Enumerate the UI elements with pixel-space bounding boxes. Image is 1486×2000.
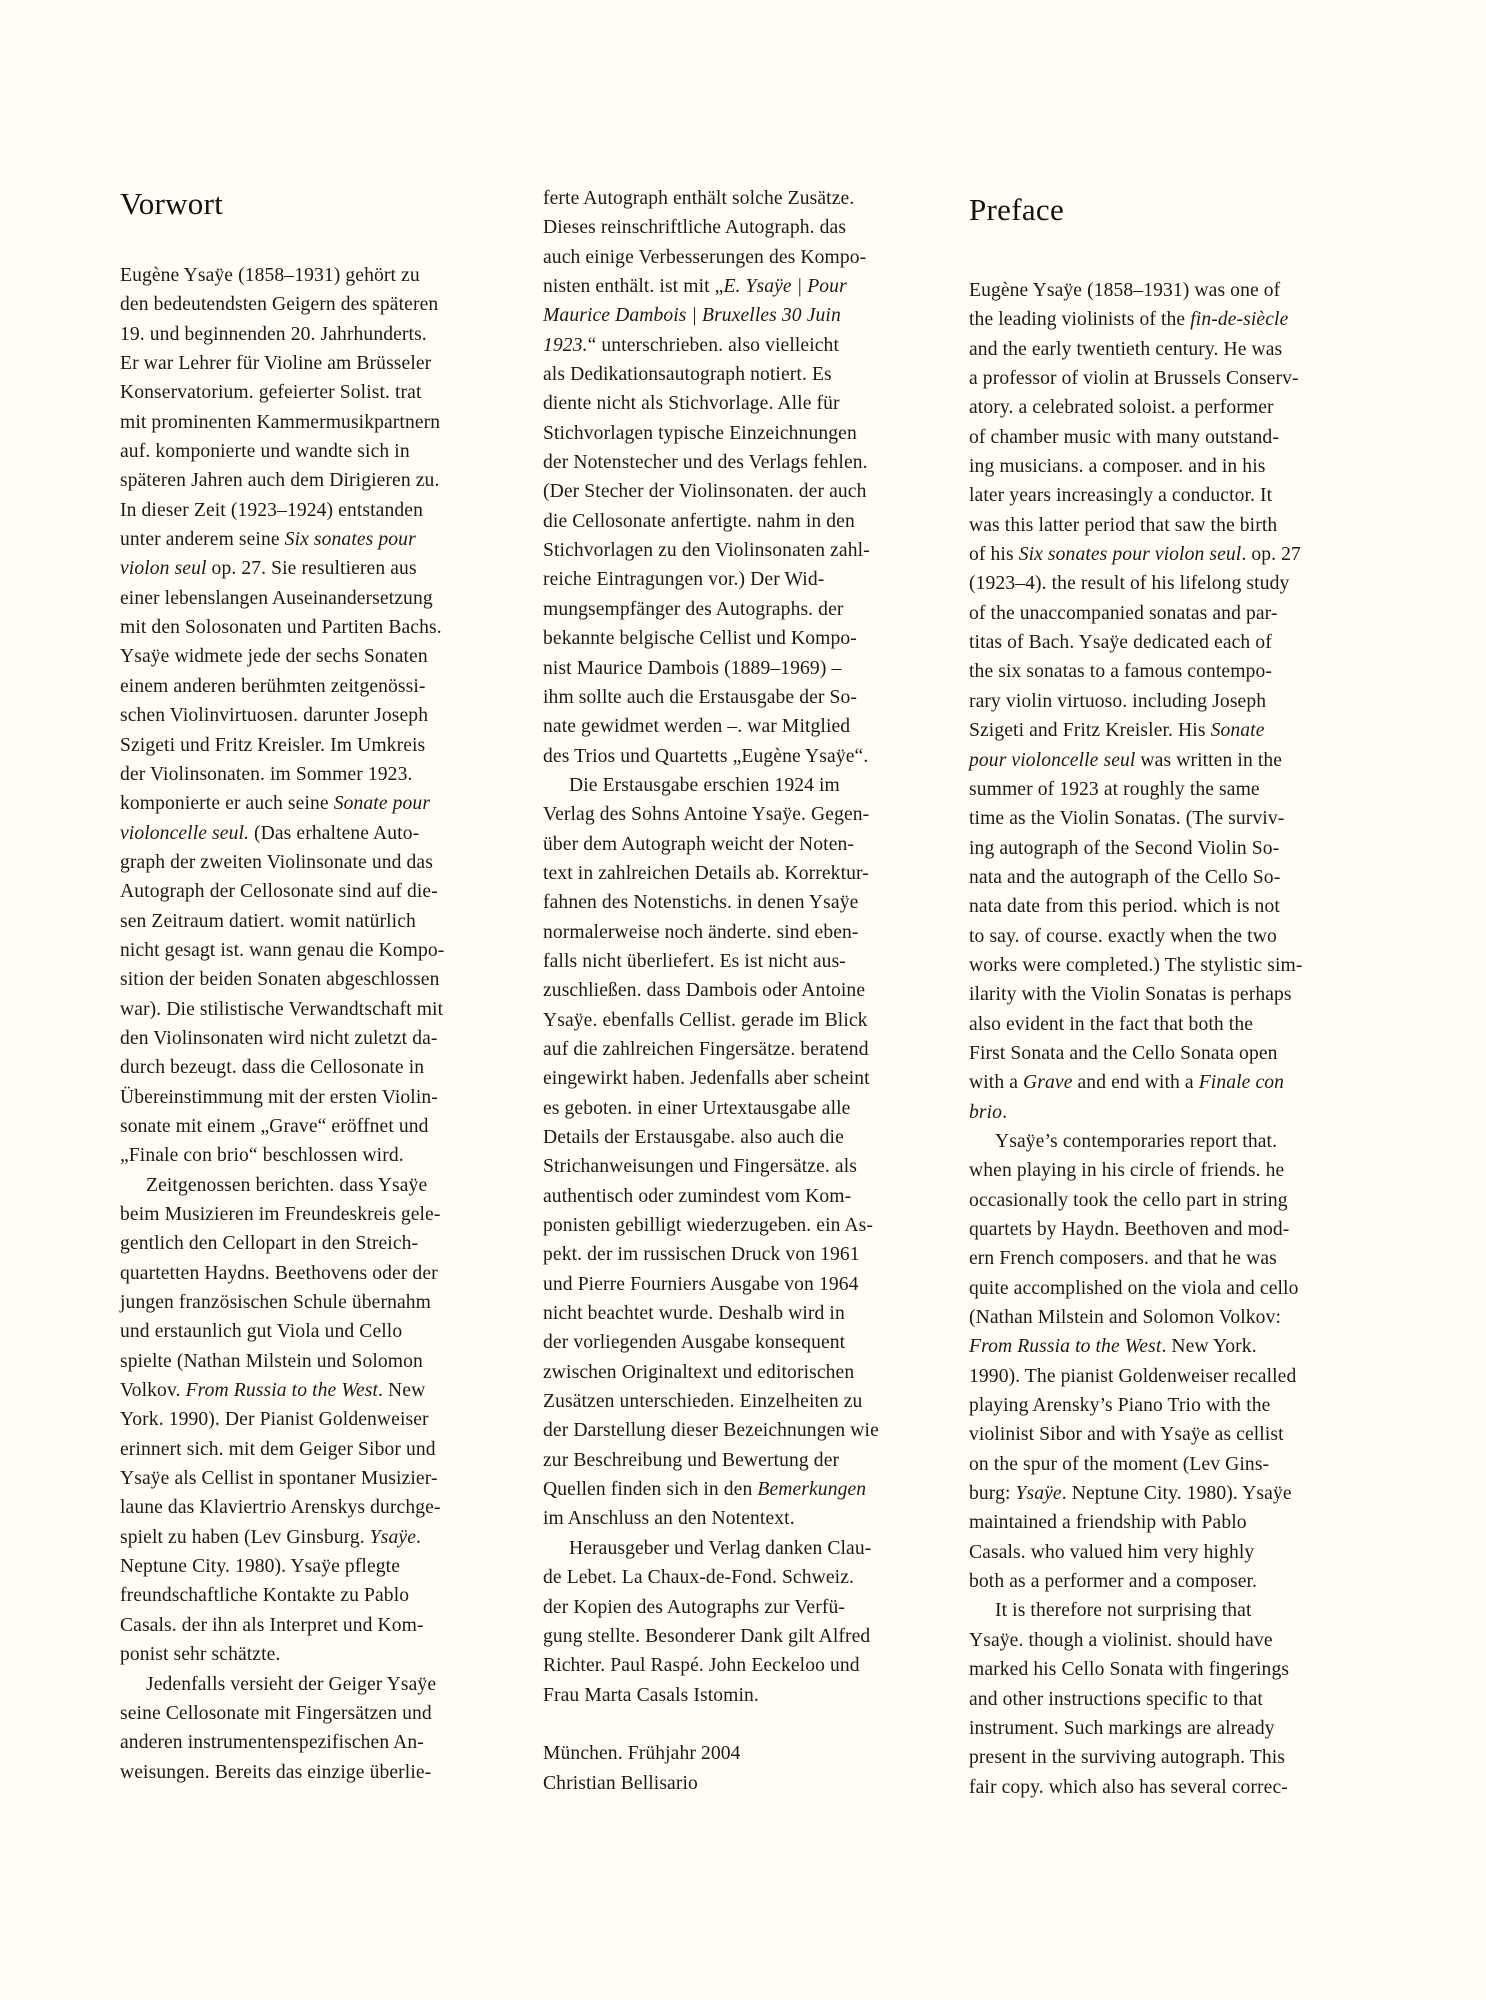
text-line: Szigeti and Fritz Kreisler. His Sonate [969, 716, 1303, 745]
text-line: playing Arensky’s Piano Trio with the [969, 1391, 1303, 1420]
text-line: sen Zeitraum datiert. womit natürlich [120, 907, 444, 936]
italic-title: brio [969, 1102, 1002, 1123]
text-line: Richter. Paul Raspé. John Eeckeloo und [543, 1651, 879, 1680]
text-line: der Kopien des Autographs zur Verfü- [543, 1593, 879, 1622]
text-line: eingewirkt haben. Jedenfalls aber schein… [543, 1064, 879, 1093]
text-line: als Dedikationsautograph notiert. Es [543, 360, 879, 389]
text-line: quite accomplished on the viola and cell… [969, 1274, 1303, 1303]
text-line [543, 1710, 879, 1739]
text-line: normalerweise noch änderte. sind eben- [543, 918, 879, 947]
text-line: nist Maurice Dambois (1889–1969) – [543, 654, 879, 683]
text-line: Eugène Ysaÿe (1858–1931) was one of [969, 276, 1303, 305]
text-line: unter anderem seine Six sonates pour [120, 525, 444, 554]
german-body-part-2: ferte Autograph enthält solche Zusätze.D… [543, 184, 879, 1798]
text-line: Maurice Dambois | Bruxelles 30 Juin [543, 301, 879, 330]
text-line: violoncelle seul. (Das erhaltene Auto- [120, 819, 444, 848]
text-line: In dieser Zeit (1923–1924) entstanden [120, 496, 444, 525]
text-line: summer of 1923 at roughly the same [969, 775, 1303, 804]
text-line: Ysaÿe. ebenfalls Cellist. gerade im Blic… [543, 1006, 879, 1035]
text-line: pekt. der im russischen Druck von 1961 [543, 1240, 879, 1269]
text-line: Christian Bellisario [543, 1769, 879, 1798]
italic-title: pour violoncelle seul [969, 750, 1135, 771]
text-line: instrument. Such markings are already [969, 1714, 1303, 1743]
text-line: späteren Jahren auch dem Dirigieren zu. [120, 466, 444, 495]
text-line: nicht beachtet wurde. Deshalb wird in [543, 1299, 879, 1328]
text-line: 1923.“ unterschrieben. also vielleicht [543, 331, 879, 360]
text-line: on the spur of the moment (Lev Gins- [969, 1450, 1303, 1479]
text-line: authentisch oder zumindest vom Kom- [543, 1182, 879, 1211]
text-line: Stichvorlagen typische Einzeichnungen [543, 419, 879, 448]
italic-title: E. Ysaÿe | Pour [723, 276, 846, 297]
german-body-part-1: Eugène Ysaÿe (1858–1931) gehört zuden be… [120, 261, 444, 1787]
text-line: einem anderen berühmten zeitgenössi- [120, 672, 444, 701]
text-line: pour violoncelle seul was written in the [969, 746, 1303, 775]
text-line: freundschaftliche Kontakte zu Pablo [120, 1581, 444, 1610]
text-line: the six sonatas to a famous contempo- [969, 657, 1303, 686]
text-line: weisungen. Bereits das einzige überlie- [120, 1758, 444, 1787]
text-line: text in zahlreichen Details ab. Korrektu… [543, 859, 879, 888]
text-line: of the unaccompanied sonatas and par- [969, 599, 1303, 628]
german-title: Vorwort [120, 186, 223, 222]
text-line: (Nathan Milstein and Solomon Volkov: [969, 1303, 1303, 1332]
text-line: quartets by Haydn. Beethoven and mod- [969, 1215, 1303, 1244]
italic-title: Sonate pour [334, 793, 430, 814]
text-line: of chamber music with many outstand- [969, 423, 1303, 452]
text-line: ihm sollte auch die Erstausgabe der So- [543, 683, 879, 712]
text-line: violon seul op. 27. Sie resultieren aus [120, 554, 444, 583]
text-line: Casals. who valued him very highly [969, 1538, 1303, 1567]
text-line: Frau Marta Casals Istomin. [543, 1681, 879, 1710]
text-line: es geboten. in einer Urtextausgabe alle [543, 1094, 879, 1123]
text-line: nata date from this period. which is not [969, 892, 1303, 921]
text-line: burg: Ysaÿe. Neptune City. 1980). Ysaÿe [969, 1479, 1303, 1508]
text-line: ern French composers. and that he was [969, 1244, 1303, 1273]
text-line: when playing in his circle of friends. h… [969, 1156, 1303, 1185]
text-line: 19. und beginnenden 20. Jahrhunderts. [120, 320, 444, 349]
text-line: zuschließen. dass Dambois oder Antoine [543, 976, 879, 1005]
text-line: a professor of violin at Brussels Conser… [969, 364, 1303, 393]
text-line: durch bezeugt. dass die Cellosonate in [120, 1053, 444, 1082]
text-line: violinist Sibor and with Ysaÿe as cellis… [969, 1420, 1303, 1449]
text-line: time as the Violin Sonatas. (The surviv- [969, 804, 1303, 833]
italic-title: From Russia to the West [186, 1380, 378, 1401]
text-line: Quellen finden sich in den Bemerkungen [543, 1475, 879, 1504]
text-line: Casals. der ihn als Interpret und Kom- [120, 1611, 444, 1640]
text-line: Dieses reinschriftliche Autograph. das [543, 213, 879, 242]
text-line: quartetten Haydns. Beethovens oder der [120, 1259, 444, 1288]
text-line: both as a performer and a composer. [969, 1567, 1303, 1596]
text-line: Neptune City. 1980). Ysaÿe pflegte [120, 1552, 444, 1581]
text-line: gentlich den Cellopart in den Streich- [120, 1229, 444, 1258]
text-line: maintained a friendship with Pablo [969, 1508, 1303, 1537]
text-line: works were completed.) The stylistic sim… [969, 951, 1303, 980]
text-line: York. 1990). Der Pianist Goldenweiser [120, 1405, 444, 1434]
text-line: sonate mit einem „Grave“ eröffnet und [120, 1112, 444, 1141]
text-line: 1990). The pianist Goldenweiser recalled [969, 1362, 1303, 1391]
text-line: laune das Klaviertrio Arenskys durchge- [120, 1493, 444, 1522]
text-line: Ysaÿe’s contemporaries report that. [969, 1127, 1303, 1156]
italic-title: Six sonates pour [285, 529, 416, 550]
text-line: der Notenstecher und des Verlags fehlen. [543, 448, 879, 477]
text-line: war). Die stilistische Verwandtschaft mi… [120, 995, 444, 1024]
text-line: einer lebenslangen Auseinandersetzung [120, 584, 444, 613]
text-line: Ysaÿe. though a violinist. should have [969, 1626, 1303, 1655]
text-line: de Lebet. La Chaux-de-Fond. Schweiz. [543, 1563, 879, 1592]
text-line: des Trios und Quartetts „Eugène Ysaÿe“. [543, 742, 879, 771]
text-line: sition der beiden Sonaten abgeschlossen [120, 965, 444, 994]
text-line: schen Violinvirtuosen. darunter Joseph [120, 701, 444, 730]
text-line: und Pierre Fourniers Ausgabe von 1964 [543, 1270, 879, 1299]
text-line: Herausgeber und Verlag danken Clau- [543, 1534, 879, 1563]
text-line: Stichvorlagen zu den Violinsonaten zahl- [543, 536, 879, 565]
italic-title: Maurice Dambois | Bruxelles 30 Juin [543, 305, 841, 326]
text-line: From Russia to the West. New York. [969, 1332, 1303, 1361]
italic-title: Finale con [1199, 1072, 1284, 1093]
text-line: Autograph der Cellosonate sind auf die- [120, 877, 444, 906]
text-line: reiche Eintragungen vor.) Der Wid- [543, 565, 879, 594]
text-line: nisten enthält. ist mit „E. Ysaÿe | Pour [543, 272, 879, 301]
text-line: nicht gesagt ist. wann genau die Kompo- [120, 936, 444, 965]
italic-title: violoncelle seul. [120, 823, 249, 844]
text-line: Ysaÿe widmete jede der sechs Sonaten [120, 642, 444, 671]
text-line: seine Cellosonate mit Fingersätzen und [120, 1699, 444, 1728]
text-line: also evident in the fact that both the [969, 1010, 1303, 1039]
text-line: jungen französischen Schule übernahm [120, 1288, 444, 1317]
text-line: nate gewidmet werden –. war Mitglied [543, 712, 879, 741]
text-line: Szigeti und Fritz Kreisler. Im Umkreis [120, 731, 444, 760]
text-line: Verlag des Sohns Antoine Ysaÿe. Gegen- [543, 800, 879, 829]
text-line: Zusätzen unterschieden. Einzelheiten zu [543, 1387, 879, 1416]
text-line: den bedeutendsten Geigern des späteren [120, 290, 444, 319]
text-line: of his Six sonates pour violon seul. op.… [969, 540, 1303, 569]
text-line: Jedenfalls versieht der Geiger Ysaÿe [120, 1670, 444, 1699]
text-line: beim Musizieren im Freundeskreis gele- [120, 1200, 444, 1229]
text-line: and the early twentieth century. He was [969, 335, 1303, 364]
italic-title: 1923. [543, 335, 588, 356]
text-line: Ysaÿe als Cellist in spontaner Musizier- [120, 1464, 444, 1493]
text-line: titas of Bach. Ysaÿe dedicated each of [969, 628, 1303, 657]
italic-title: From Russia to the West [969, 1336, 1161, 1357]
text-line: erinnert sich. mit dem Geiger Sibor und [120, 1435, 444, 1464]
text-line: zur Beschreibung und Bewertung der [543, 1446, 879, 1475]
text-line: auf die zahlreichen Fingersätze. beraten… [543, 1035, 879, 1064]
text-line: Konservatorium. gefeierter Solist. trat [120, 378, 444, 407]
text-line: Die Erstausgabe erschien 1924 im [543, 771, 879, 800]
text-line: spielt zu haben (Lev Ginsburg. Ysaÿe. [120, 1523, 444, 1552]
text-line: fair copy. which also has several correc… [969, 1773, 1303, 1802]
text-line: marked his Cello Sonata with fingerings [969, 1655, 1303, 1684]
text-line: ponist sehr schätzte. [120, 1640, 444, 1669]
text-line: der Violinsonaten. im Sommer 1923. [120, 760, 444, 789]
text-line: die Cellosonate anfertigte. nahm in den [543, 507, 879, 536]
text-line: Volkov. From Russia to the West. New [120, 1376, 444, 1405]
text-line: brio. [969, 1098, 1303, 1127]
text-line: auf. komponierte und wandte sich in [120, 437, 444, 466]
text-line: First Sonata and the Cello Sonata open [969, 1039, 1303, 1068]
italic-title: Bemerkungen [757, 1479, 866, 1500]
text-line: was this latter period that saw the birt… [969, 511, 1303, 540]
text-line: diente nicht als Stichvorlage. Alle für [543, 389, 879, 418]
text-line: Übereinstimmung mit der ersten Violin- [120, 1083, 444, 1112]
text-line: Er war Lehrer für Violine am Brüsseler [120, 349, 444, 378]
text-line: Details der Erstausgabe. also auch die [543, 1123, 879, 1152]
italic-title: Six sonates pour violon seul [1019, 544, 1242, 565]
text-line: auch einige Verbesserungen des Kompo- [543, 243, 879, 272]
text-line: ponisten gebilligt wiederzugeben. ein As… [543, 1211, 879, 1240]
text-line: graph der zweiten Violinsonate und das [120, 848, 444, 877]
text-line: and other instructions specific to that [969, 1685, 1303, 1714]
text-line: komponierte er auch seine Sonate pour [120, 789, 444, 818]
english-title: Preface [969, 192, 1064, 228]
text-line: nata and the autograph of the Cello So- [969, 863, 1303, 892]
text-line: (Der Stecher der Violinsonaten. der auch [543, 477, 879, 506]
text-line: falls nicht überliefert. Es ist nicht au… [543, 947, 879, 976]
text-line: ilarity with the Violin Sonatas is perha… [969, 980, 1303, 1009]
text-line: fahnen des Notenstichs. in denen Ysaÿe [543, 888, 879, 917]
text-line: über dem Autograph weicht der Noten- [543, 830, 879, 859]
text-line: zwischen Originaltext und editorischen [543, 1358, 879, 1387]
text-line: (1923–4). the result of his lifelong stu… [969, 569, 1303, 598]
text-line: bekannte belgische Cellist und Kompo- [543, 624, 879, 653]
text-line: der Darstellung dieser Bezeichnungen wie [543, 1416, 879, 1445]
italic-title: fin-de-siècle [1190, 309, 1288, 330]
text-line: It is therefore not surprising that [969, 1596, 1303, 1625]
text-line: Zeitgenossen berichten. dass Ysaÿe [120, 1171, 444, 1200]
italic-title: Grave [1023, 1072, 1072, 1093]
text-line: den Violinsonaten wird nicht zuletzt da- [120, 1024, 444, 1053]
italic-title: violon seul [120, 558, 207, 579]
text-line: ing autograph of the Second Violin So- [969, 834, 1303, 863]
text-line: mungsempfänger des Autographs. der [543, 595, 879, 624]
text-line: mit prominenten Kammermusikpartnern [120, 408, 444, 437]
text-line: „Finale con brio“ beschlossen wird. [120, 1141, 444, 1170]
italic-title: Ysaÿe [1016, 1483, 1062, 1504]
text-line: with a Grave and end with a Finale con [969, 1068, 1303, 1097]
text-line: atory. a celebrated soloist. a performer [969, 393, 1303, 422]
english-body: Eugène Ysaÿe (1858–1931) was one ofthe l… [969, 276, 1303, 1802]
text-line: und erstaunlich gut Viola und Cello [120, 1317, 444, 1346]
text-line: gung stellte. Besonderer Dank gilt Alfre… [543, 1622, 879, 1651]
text-line: im Anschluss an den Notentext. [543, 1504, 879, 1533]
italic-title: Sonate [1211, 720, 1265, 741]
text-line: to say. of course. exactly when the two [969, 922, 1303, 951]
text-line: München. Frühjahr 2004 [543, 1739, 879, 1768]
text-line: ing musicians. a composer. and in his [969, 452, 1303, 481]
text-line: Strichanweisungen und Fingersätze. als [543, 1152, 879, 1181]
text-line: present in the surviving autograph. This [969, 1743, 1303, 1772]
text-line: mit den Solosonaten und Partiten Bachs. [120, 613, 444, 642]
text-line: occasionally took the cello part in stri… [969, 1186, 1303, 1215]
text-line: ferte Autograph enthält solche Zusätze. [543, 184, 879, 213]
text-line: later years increasingly a conductor. It [969, 481, 1303, 510]
text-line: rary violin virtuoso. including Joseph [969, 687, 1303, 716]
text-line: anderen instrumentenspezifischen An- [120, 1728, 444, 1757]
text-line: Eugène Ysaÿe (1858–1931) gehört zu [120, 261, 444, 290]
text-line: spielte (Nathan Milstein und Solomon [120, 1347, 444, 1376]
text-line: the leading violinists of the fin-de-siè… [969, 305, 1303, 334]
text-line: der vorliegenden Ausgabe konsequent [543, 1328, 879, 1357]
italic-title: Ysaÿe [370, 1527, 416, 1548]
